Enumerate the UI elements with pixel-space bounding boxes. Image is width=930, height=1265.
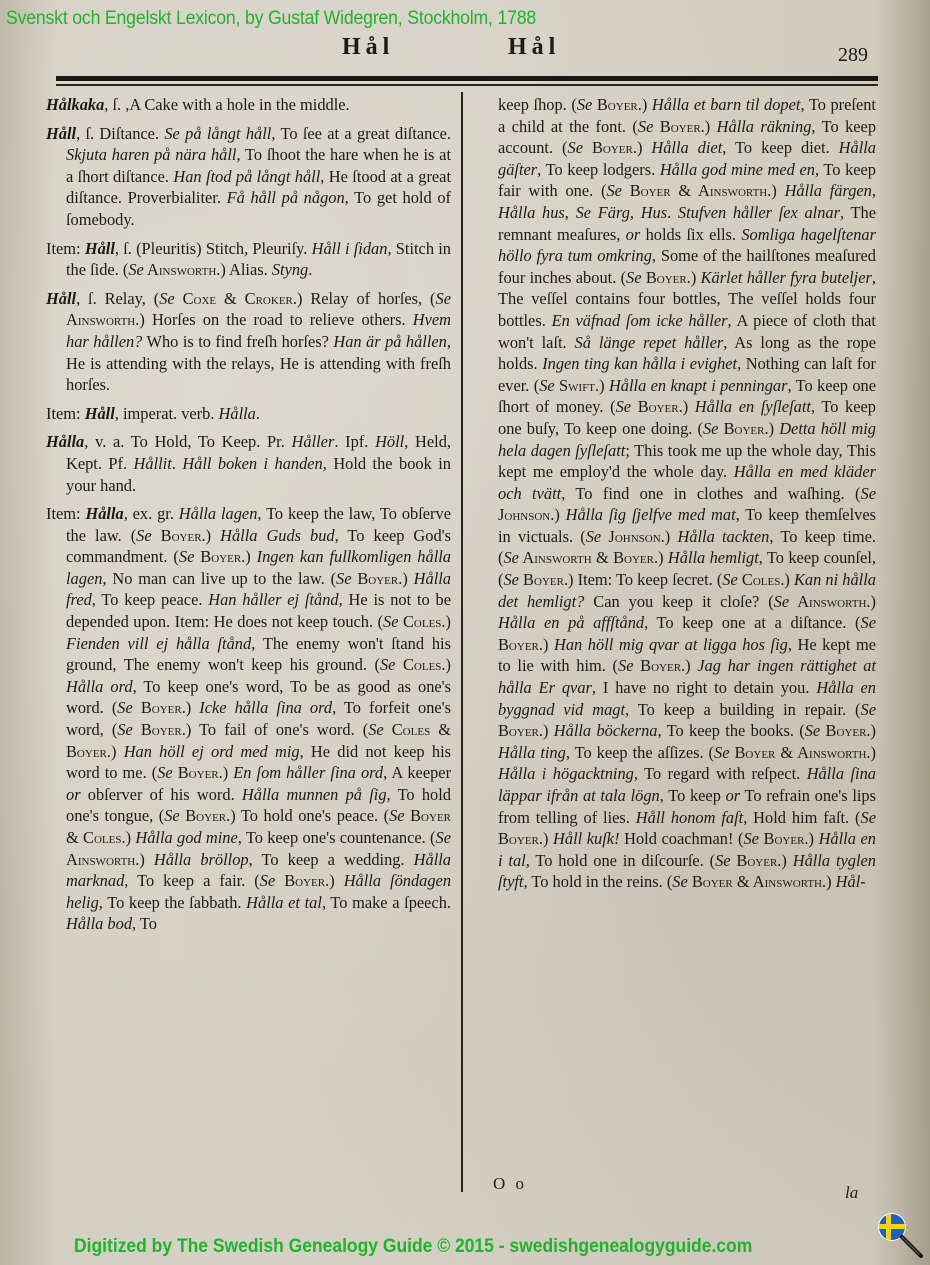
entry-text: ) Item: To keep ſecret. ( [568,570,722,589]
swedish-phrase: Hålla god mine [135,828,237,847]
swedish-phrase: Hålla ting [498,743,566,762]
entry-text: , No man can live up to the law. ( [102,569,336,588]
swedish-phrase: Se [568,138,583,157]
entry-text: , To keep the aſſizes. ( [566,743,714,762]
entry-text: , To hold one in diſcourſe. ( [526,851,715,870]
watermark-credit: Digitized by The Swedish Genealogy Guide… [74,1236,752,1258]
swedish-phrase: Se [805,721,820,740]
entry-text: , v. a. To Hold, To Keep. Pr. [84,432,291,451]
swedish-phrase: Se [861,613,876,632]
entry-text: , To find one in clothes and waſhing. ( [561,484,860,503]
entry-text: , To keep the ſabbath. [99,893,246,912]
swedish-phrase: Se [383,612,398,631]
page-number: 289 [838,44,868,67]
entry-text: ) [543,635,554,654]
swedish-phrase: Se [616,397,631,416]
source-reference: Boyer. [642,268,691,287]
source-reference: Ainsworth. [144,260,221,279]
catchword: la [845,1183,858,1203]
entry-text: ) [554,505,565,524]
entry-text: , [872,181,876,200]
source-reference: Boyer. [194,547,245,566]
source-reference: Boyer. [133,720,186,739]
entry-text: ) [139,850,154,869]
swedish-phrase: Få håll på någon [227,188,345,207]
swedish-phrase: Se [714,743,729,762]
source-reference: Boyer. [718,419,768,438]
entry-text: Who is to find freſh horſes? [142,332,333,351]
dictionary-entry: Hålkaka, ſ. ,A Cake with a hole in the m… [46,94,451,116]
swedish-phrase: Se [380,655,395,674]
source-reference: Johnson. [601,527,665,546]
entry-text: , To keep lodgers. [537,160,660,179]
entry-text: ) [599,376,609,395]
swedish-phrase: Hålla diet [651,138,722,157]
entry-text: ) [637,138,651,157]
swedish-phrase: Hålla bröllop [154,850,249,869]
source-reference: Ainsworth. [66,850,139,869]
swedish-phrase: Se [159,289,174,308]
entry-text: , To regard with reſpect. [634,764,807,783]
swedish-phrase: Stufven håller ſex alnar [678,203,840,222]
entry-text: , [565,203,576,222]
swedish-phrase: Se [861,808,876,827]
entry-text: , To keep a wedding. [249,850,414,869]
source-reference: Boyer. [519,570,568,589]
source-reference: Boyer. [133,698,186,717]
source-reference: Coles. [399,612,446,631]
swedish-phrase: Se [260,871,275,890]
running-head-left: Hål [342,34,394,61]
dictionary-entry: keep ſhop. (Se Boyer.) Hålla et barn til… [478,94,876,893]
entry-text: . [308,260,312,279]
entry-text: , To make a ſpeech. [322,893,451,912]
source-reference: Boyer. [820,721,870,740]
entry-text: , To keep the books. ( [657,721,804,740]
entry-text: ) To fail of one's word. ( [186,720,368,739]
swedish-phrase: Hålla god mine med en [660,160,815,179]
swedish-phrase: Se [626,268,641,287]
swedish-phrase: Hålla en ſyſleſatt [695,397,811,416]
swedish-phrase: Hålla tackten [677,527,769,546]
source-reference: Swift. [555,376,599,395]
swedish-phrase: Hålla bod [66,914,132,933]
entry-text: ) [402,569,413,588]
entry-text: ) [665,527,678,546]
swedish-phrase: Se [539,376,554,395]
dictionary-entry: Item: Hålla, ex. gr. Hålla lagen, To kee… [46,503,451,935]
swedish-phrase: Hållit [134,454,172,473]
swedish-phrase: Se [436,828,451,847]
entry-text: ) [126,828,136,847]
swedish-phrase: Se [136,526,151,545]
swedish-phrase: or [726,786,741,805]
swedish-phrase: Se [128,260,143,279]
entry-text: , To keep a building in repair. ( [625,700,861,719]
swedish-phrase: Se [861,484,876,503]
swedish-phrase: or [626,225,641,244]
swedish-phrase: Han ſtod på långt håll [173,167,320,186]
swedish-phrase: Han höll mig qvar at ligga hos ſig [554,635,788,654]
left-column: Hålkaka, ſ. ,A Cake with a hole in the m… [46,94,451,942]
swedish-phrase: Se [179,547,194,566]
swedish-phrase: Se [336,569,351,588]
source-reference: Boyer. [631,397,683,416]
source-reference: Boyer. [498,829,543,848]
swedish-phrase: Se på långt håll [164,124,271,143]
source-reference: Boyer. [173,763,223,782]
swedish-phrase: Hålla Guds bud [220,526,335,545]
swedish-phrase: Se [743,829,758,848]
entry-text: , ſ. (Pleuritis) Stitch, Pleuriſy. [115,239,312,258]
entry-text: Item: [46,404,85,423]
swedish-phrase: Så länge repet håller [575,333,724,352]
swedish-phrase: Se [389,806,404,825]
swedish-phrase: Hålla ord [66,677,133,696]
entry-text: , ſ. Relay, ( [76,289,159,308]
entry-text: ) [781,851,792,870]
swedish-phrase: Se [618,656,633,675]
source-reference: Boyer. [275,871,329,890]
entry-text: ) [871,592,876,611]
swedish-phrase: Se [774,592,789,611]
headword: Håll [46,289,76,308]
header-rule-thin [56,84,878,86]
entry-text: , ſ. Diſtance. [76,124,164,143]
swedish-phrase: Se [577,95,592,114]
swedish-phrase: Se [861,700,876,719]
entry-text: Item: [46,504,85,523]
entry-text: ) [543,721,554,740]
signature-mark: O o [493,1174,527,1194]
swedish-phrase: Han är på hållen [333,332,447,351]
swedish-phrase: Se [672,872,687,891]
entry-text: ) [771,181,784,200]
entry-text: ) [691,268,701,287]
swedish-phrase: Håll honom faſt [636,808,743,827]
source-reference: Johnson. [498,505,554,524]
entry-text: , To keep one at a diſtance. ( [644,613,860,632]
swedish-phrase: Hålla en knapt i penningar [609,376,788,395]
swedish-phrase: Hålla hus [498,203,565,222]
source-reference: Boyer & Ainsworth. [730,743,871,762]
entry-text: ) [685,656,697,675]
running-head: Hål Hål 289 [0,34,930,64]
swedish-phrase: Håller [292,432,335,451]
entry-text: , imperat. verb. [115,404,219,423]
source-reference: Ainsworth & Boyer. [519,548,658,567]
entry-text: ) [683,397,695,416]
swedish-phrase: Styng [272,260,308,279]
swedish-phrase: or [66,785,81,804]
swedish-phrase: Skjuta haren på nära håll [66,145,236,164]
header-rule-thick [56,76,878,81]
entry-text: ) [111,742,124,761]
swedish-phrase: Hålla et barn til dopet [652,95,801,114]
entry-text: holds ſix ells. [640,225,741,244]
swedish-phrase: En väfnad ſom icke håller [552,311,728,330]
entry-text: , I have no right to detain you. [592,678,816,697]
entry-text: , To hold in the reins. ( [524,872,673,891]
source-reference: Boyer. [352,569,403,588]
swedish-flag-magnifier-icon[interactable] [875,1210,925,1260]
entry-text: ) Horſes on the road to relieve others. [139,310,412,329]
swedish-phrase: Hålla räkning [717,117,812,136]
entry-text: ) [245,547,256,566]
swedish-phrase: Hålla en på affſtånd [498,613,644,632]
entry-text: , To keep diet. [722,138,838,157]
source-reference: Boyer. [583,138,637,157]
source-reference: Boyer. [498,635,543,654]
swedish-phrase: Håll boken i handen [182,454,322,473]
headword: Håll [85,404,115,423]
entry-text: , To keep peace. [92,590,208,609]
source-reference: Coles. [395,655,445,674]
entry-text: , ex. gr. [124,504,179,523]
swedish-phrase: Han håller ej ſtånd [208,590,338,609]
entry-text: ) [871,743,876,762]
swedish-phrase: Se [157,763,172,782]
swedish-phrase: Icke hålla ſina ord [199,698,332,717]
swedish-phrase: Se [503,570,518,589]
swedish-phrase: Hålla i högacktning [498,764,634,783]
source-reference: Boyer. [498,721,543,740]
entry-text: , Hold him faſt. ( [743,808,860,827]
entry-text: , To keep a fair. ( [124,871,259,890]
swedish-phrase: Se [164,806,179,825]
swedish-phrase: Hålla lagen [179,504,258,523]
watermark-title: Svenskt och Engelskt Lexicon, by Gustaf … [6,8,536,30]
swedish-phrase: Se [722,570,737,589]
right-column: keep ſhop. (Se Boyer.) Hålla et barn til… [478,94,876,900]
swedish-phrase: Se [503,548,518,567]
swedish-phrase: Hålla hemligt [668,548,759,567]
swedish-phrase: Se [606,181,621,200]
entry-text: ) [784,570,794,589]
entry-text: ) [769,419,780,438]
swedish-phrase: Se [368,720,383,739]
entry-text: ) [329,871,343,890]
headword: Hålkaka [46,95,104,114]
swedish-phrase: Se [703,419,718,438]
swedish-phrase: Hålla et tal [246,893,322,912]
swedish-phrase: Hålla [219,404,256,423]
swedish-phrase: Se Färg, Hus [576,203,668,222]
source-reference: Boyer. [731,851,782,870]
swedish-phrase: Hålla färgen [785,181,872,200]
entry-text: ) [658,548,668,567]
entry-text: ) [223,763,234,782]
swedish-phrase: Se [117,698,132,717]
entry-text: ) [543,829,553,848]
entry-text: . [256,404,260,423]
source-reference: Boyer & Ainsworth. [688,872,826,891]
source-reference: Boyer. [759,829,809,848]
swedish-phrase: Se [117,720,132,739]
entry-text: , To keep one's countenance. ( [238,828,436,847]
entry-text: ) Alias. [220,260,271,279]
entry-text: ) [705,117,717,136]
swedish-phrase: Se [586,527,601,546]
swedish-phrase: Hålla ſig ſjelfve med mat [566,505,736,524]
entry-text: , To [132,914,157,933]
entry-text: Can you keep it cloſe? ( [584,592,773,611]
swedish-phrase: En ſom håller ſina ord [233,763,383,782]
headword: Håll [46,124,76,143]
dictionary-entry: Item: Håll, ſ. (Pleuritis) Stitch, Pleur… [46,238,451,281]
source-reference: Coxe & Croker. [175,289,297,308]
source-reference: Boyer. [152,526,206,545]
source-reference: Boyer. [592,95,642,114]
source-reference: Boyer. [633,656,685,675]
source-reference: Ainsworth. [66,310,139,329]
entry-text: ) [446,612,451,631]
entry-text: ) To hold one's peace. ( [230,806,389,825]
entry-text: ) Relay of horſes, ( [297,289,436,308]
column-divider [461,92,463,1192]
swedish-phrase: Hålla munnen på ſig [242,785,387,804]
source-reference: Boyer. [180,806,231,825]
dictionary-entry: Item: Håll, imperat. verb. Hålla. [46,403,451,425]
entry-text: , ſ. ,A Cake with a hole in the middle. [104,95,349,114]
entry-text: ) [871,721,876,740]
entry-text: , A keeper [383,763,451,782]
entry-text: ) [642,95,652,114]
entry-text: ) [826,872,836,891]
swedish-phrase: Håll i ſidan [312,239,388,258]
dictionary-entry: Håll, ſ. Relay, (Se Coxe & Croker.) Rela… [46,288,451,396]
swedish-phrase: Hål- [836,872,866,891]
swedish-phrase: Han höll ej ord med mig [124,742,300,761]
running-head-right: Hål [508,34,560,61]
dictionary-entry: Håll, ſ. Diſtance. Se på långt håll, To … [46,123,451,231]
source-reference: Ainsworth. [789,592,870,611]
swedish-phrase: Ingen ting kan hålla i evighet [542,354,737,373]
entry-text: . [172,454,183,473]
entry-text: ) [809,829,819,848]
entry-text: , To ſee at a great diſtance. [271,124,451,143]
swedish-phrase: Höll [375,432,404,451]
entry-text: Item: [46,239,85,258]
swedish-phrase: Kärlet håller fyra buteljer [701,268,872,287]
headword: Hålla [85,504,123,523]
entry-text: ) [186,698,200,717]
entry-text: Hold coachman! ( [620,829,744,848]
source-reference: Boyer. [653,117,704,136]
swedish-phrase: Se [715,851,730,870]
source-reference: Boyer & Ainsworth. [622,181,771,200]
swedish-phrase: Fienden vill ej hålla ſtånd [66,634,251,653]
headword: Håll [85,239,115,258]
entry-text: . Ipf. [334,432,375,451]
swedish-phrase: Håll kuſk! [553,829,620,848]
entry-text: keep ſhop. ( [498,95,577,114]
swedish-phrase: Se [436,289,451,308]
entry-text: . [667,203,678,222]
swedish-phrase: Hålla böckerna [554,721,658,740]
swedish-phrase: Se [638,117,653,136]
entry-text: obſerver of his word. [81,785,242,804]
dictionary-entry: Hålla, v. a. To Hold, To Keep. Pr. Hålle… [46,431,451,496]
entry-text: , To keep [660,786,726,805]
entry-text: ) [206,526,220,545]
entry-text: ) [446,655,451,674]
headword: Hålla [46,432,84,451]
source-reference: Coles. [738,570,785,589]
